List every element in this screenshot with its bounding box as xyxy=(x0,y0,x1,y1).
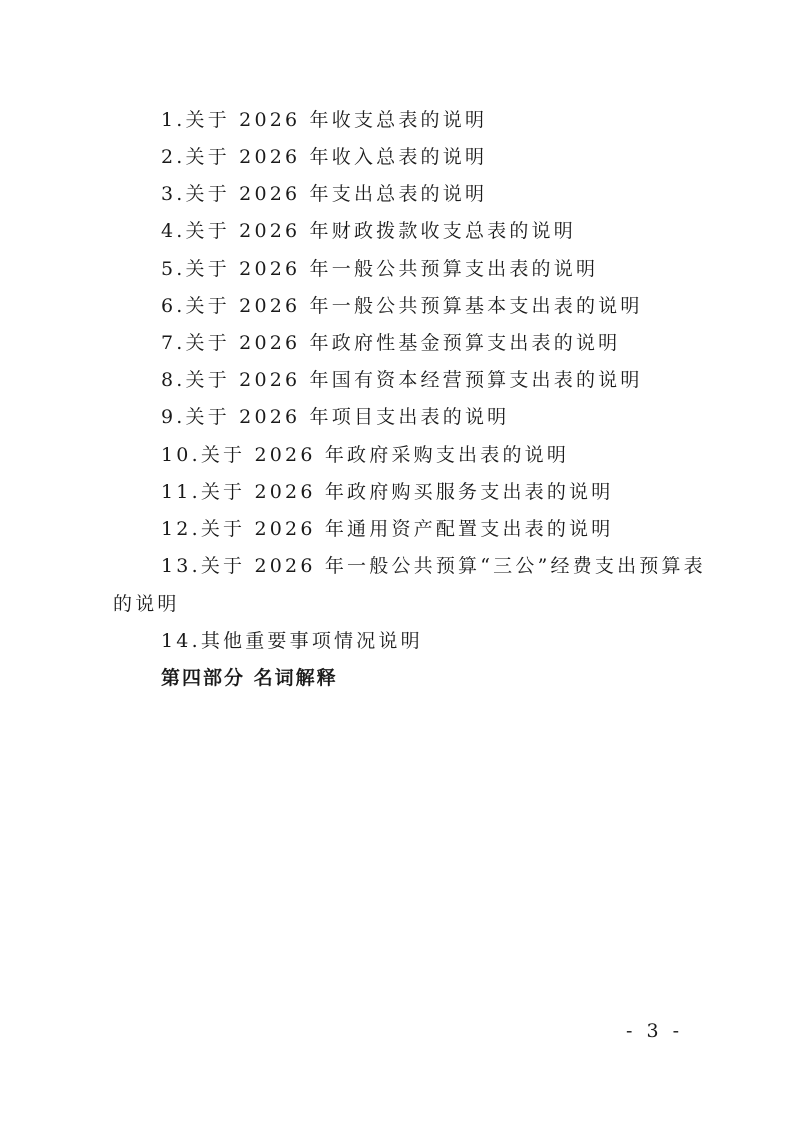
toc-item-14: 14.其他重要事项情况说明 xyxy=(161,629,423,653)
toc-item-7: 7.关于 2026 年政府性基金预算支出表的说明 xyxy=(161,331,620,355)
section-heading: 第四部分 名词解释 xyxy=(161,666,338,690)
toc-item-1: 1.关于 2026 年收支总表的说明 xyxy=(161,108,487,132)
toc-item-13: 13.关于 2026 年一般公共预算“三公”经费支出预算表 xyxy=(161,554,706,578)
toc-item-2: 2.关于 2026 年收入总表的说明 xyxy=(161,145,487,169)
toc-item-12: 12.关于 2026 年通用资产配置支出表的说明 xyxy=(161,517,613,541)
page-number: - 3 - xyxy=(626,1019,683,1043)
toc-item-9: 9.关于 2026 年项目支出表的说明 xyxy=(161,405,509,429)
toc-item-6: 6.关于 2026 年一般公共预算基本支出表的说明 xyxy=(161,294,643,318)
toc-item-5: 5.关于 2026 年一般公共预算支出表的说明 xyxy=(161,257,598,281)
toc-item-4: 4.关于 2026 年财政拨款收支总表的说明 xyxy=(161,219,576,243)
toc-item-8: 8.关于 2026 年国有资本经营预算支出表的说明 xyxy=(161,368,643,392)
toc-item-10: 10.关于 2026 年政府采购支出表的说明 xyxy=(161,443,569,467)
document-page: 1.关于 2026 年收支总表的说明 2.关于 2026 年收入总表的说明 3.… xyxy=(0,0,793,1122)
toc-item-11: 11.关于 2026 年政府购买服务支出表的说明 xyxy=(161,480,613,504)
toc-item-3: 3.关于 2026 年支出总表的说明 xyxy=(161,182,487,206)
toc-item-13-continuation: 的说明 xyxy=(113,592,180,616)
